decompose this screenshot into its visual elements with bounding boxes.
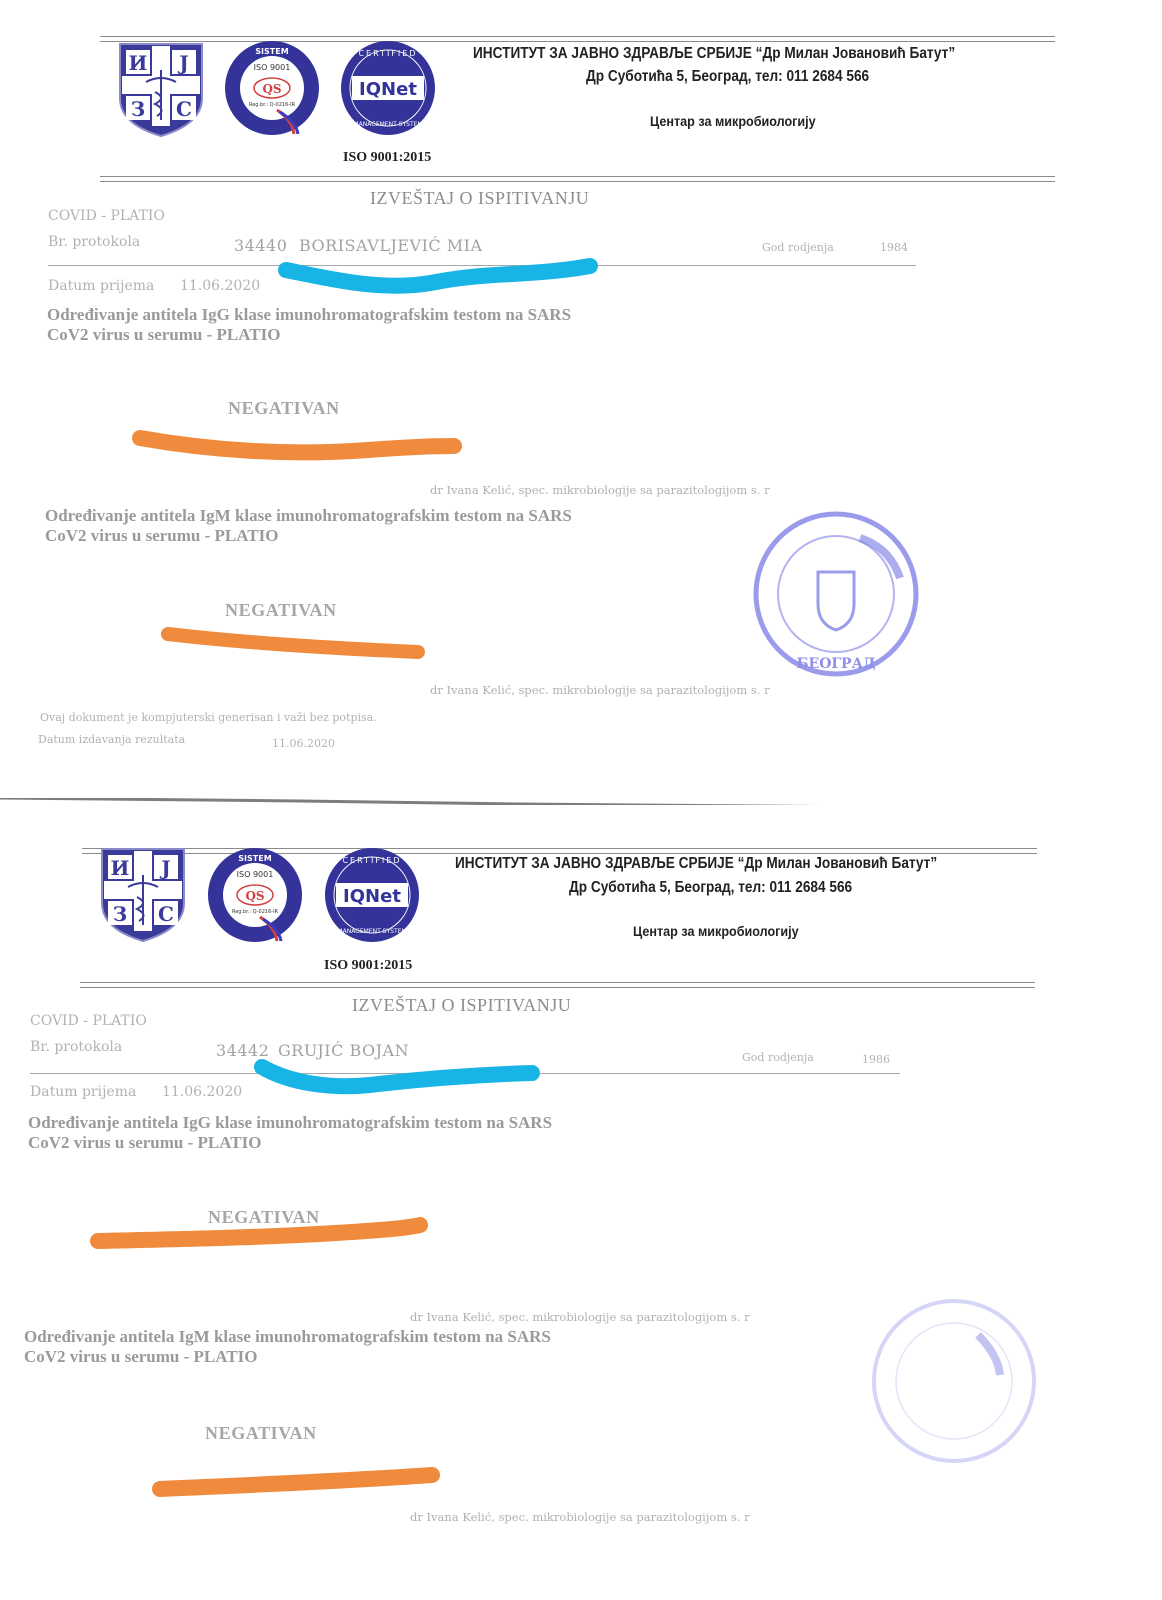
received-date: 11.06.2020 bbox=[180, 278, 260, 294]
name-redaction-marker bbox=[250, 1055, 544, 1099]
birth-year-label: God rodjenja bbox=[762, 241, 834, 254]
svg-text:И: И bbox=[129, 51, 148, 75]
protocol-label: Br. protokola bbox=[30, 1039, 122, 1055]
official-stamp-icon: БЕОГРАД bbox=[750, 508, 922, 680]
received-date-label: Datum prijema bbox=[48, 278, 154, 294]
svg-text:MANAGEMENT SYSTEM: MANAGEMENT SYSTEM bbox=[353, 121, 422, 128]
iso-caption: ISO 9001:2015 bbox=[343, 150, 431, 166]
result-highlight-marker bbox=[156, 620, 432, 664]
svg-text:З: З bbox=[131, 97, 145, 121]
received-date: 11.06.2020 bbox=[162, 1084, 242, 1100]
svg-text:IQNet: IQNet bbox=[343, 886, 401, 907]
protocol-label: Br. protokola bbox=[48, 234, 140, 250]
iqnet-logo-icon: CERTIFIED IQNet MANAGEMENT SYSTEM bbox=[338, 38, 438, 138]
issued-date-label: Datum izdavanja rezultata bbox=[38, 733, 185, 746]
institute-name: ИНСТИТУТ ЗА ЈАВНО ЗДРАВЉЕ СРБИЈЕ “Др Мил… bbox=[455, 855, 937, 873]
microbiology-center: Центар за микробиологију bbox=[633, 923, 799, 939]
test-igm-signer: dr Ivana Kelić, spec. mikrobiologije sa … bbox=[410, 1510, 750, 1524]
svg-text:IQNet: IQNet bbox=[359, 79, 417, 100]
svg-text:ISO 9001: ISO 9001 bbox=[254, 63, 291, 72]
svg-text:SISTEM: SISTEM bbox=[255, 47, 288, 56]
institute-address: Др Суботића 5, Београд, тел: 011 2684 56… bbox=[569, 879, 852, 897]
footer-note: Ovaj dokument je kompjuterski generisan … bbox=[40, 711, 377, 724]
name-redaction-marker bbox=[276, 252, 602, 298]
ijzs-shield-logo-icon: И J З С bbox=[116, 40, 206, 138]
svg-text:Reg.br.: Q-0216-IR: Reg.br.: Q-0216-IR bbox=[232, 909, 279, 915]
birth-year: 1986 bbox=[862, 1053, 890, 1066]
birth-year-label: God rodjenja bbox=[742, 1051, 814, 1064]
report-title: IZVEŠTAJ O ISPITIVANJU bbox=[370, 188, 589, 209]
category-label: COVID - PLATIO bbox=[30, 1013, 147, 1029]
test-igm-result: NEGATIVAN bbox=[205, 1423, 317, 1444]
iqnet-logo-icon: CERTIFIED IQNet MANAGEMENT SYSTEM bbox=[322, 845, 422, 945]
result-highlight-marker bbox=[128, 426, 468, 470]
svg-text:Reg.br.: Q-0216-IR: Reg.br.: Q-0216-IR bbox=[249, 102, 296, 108]
test-igm-description: Određivanje antitela IgM klase imunohrom… bbox=[45, 506, 572, 546]
test-igm-description: Određivanje antitela IgM klase imunohrom… bbox=[24, 1327, 551, 1367]
header-bottom-rule bbox=[100, 176, 1055, 182]
result-highlight-marker bbox=[86, 1213, 432, 1253]
report-sheet-1: И J З С SISTEM ISO 9001 QS Reg.br.: Q-02… bbox=[0, 0, 1162, 800]
svg-text:CERTIFIED: CERTIFIED bbox=[358, 49, 417, 58]
iso-9001-cert-logo-icon: SISTEM ISO 9001 QS Reg.br.: Q-0216-IR bbox=[222, 38, 322, 138]
svg-text:MANAGEMENT SYSTEM: MANAGEMENT SYSTEM bbox=[337, 928, 406, 935]
result-highlight-marker bbox=[148, 1461, 444, 1501]
svg-text:БЕОГРАД: БЕОГРАД bbox=[797, 656, 876, 672]
test-igg-description: Određivanje antitela IgG klase imunohrom… bbox=[28, 1113, 552, 1153]
received-date-label: Datum prijema bbox=[30, 1084, 136, 1100]
iso-caption: ISO 9001:2015 bbox=[324, 958, 412, 974]
report-title: IZVEŠTAJ O ISPITIVANJU bbox=[352, 995, 571, 1016]
test-igg-signer: dr Ivana Kelić, spec. mikrobiologije sa … bbox=[410, 1310, 750, 1324]
test-igm-result: NEGATIVAN bbox=[225, 600, 337, 621]
svg-text:З: З bbox=[113, 902, 127, 926]
institute-address: Др Суботића 5, Београд, тел: 011 2684 56… bbox=[586, 68, 869, 86]
svg-text:С: С bbox=[158, 902, 174, 926]
svg-text:QS: QS bbox=[245, 889, 264, 903]
microbiology-center: Центар за микробиологију bbox=[650, 113, 816, 129]
test-igg-signer: dr Ivana Kelić, spec. mikrobiologije sa … bbox=[430, 483, 770, 497]
report-sheet-2: И J З С SISTEM ISO 9001 QS Reg.br.: Q-02… bbox=[0, 805, 1162, 1600]
svg-text:И: И bbox=[111, 856, 130, 880]
svg-text:QS: QS bbox=[262, 82, 281, 96]
svg-text:CERTIFIED: CERTIFIED bbox=[342, 856, 401, 865]
birth-year: 1984 bbox=[880, 241, 908, 254]
test-igg-result: NEGATIVAN bbox=[228, 398, 340, 419]
category-label: COVID - PLATIO bbox=[48, 208, 165, 224]
institute-name: ИНСТИТУТ ЗА ЈАВНО ЗДРАВЉЕ СРБИЈЕ “Др Мил… bbox=[473, 45, 955, 63]
iso-9001-cert-logo-icon: SISTEM ISO 9001 QS Reg.br.: Q-0216-IR bbox=[205, 845, 305, 945]
svg-text:J: J bbox=[177, 51, 188, 75]
header-bottom-rule bbox=[80, 982, 1035, 988]
official-stamp-icon bbox=[868, 1295, 1040, 1467]
svg-text:ISO 9001: ISO 9001 bbox=[237, 870, 274, 879]
test-igg-description: Određivanje antitela IgG klase imunohrom… bbox=[47, 305, 571, 345]
test-igm-signer: dr Ivana Kelić, spec. mikrobiologije sa … bbox=[430, 683, 770, 697]
svg-text:J: J bbox=[159, 856, 170, 880]
ijzs-shield-logo-icon: И J З С bbox=[98, 845, 188, 943]
svg-text:С: С bbox=[176, 97, 192, 121]
svg-text:SISTEM: SISTEM bbox=[238, 854, 271, 863]
issued-date: 11.06.2020 bbox=[272, 737, 335, 750]
